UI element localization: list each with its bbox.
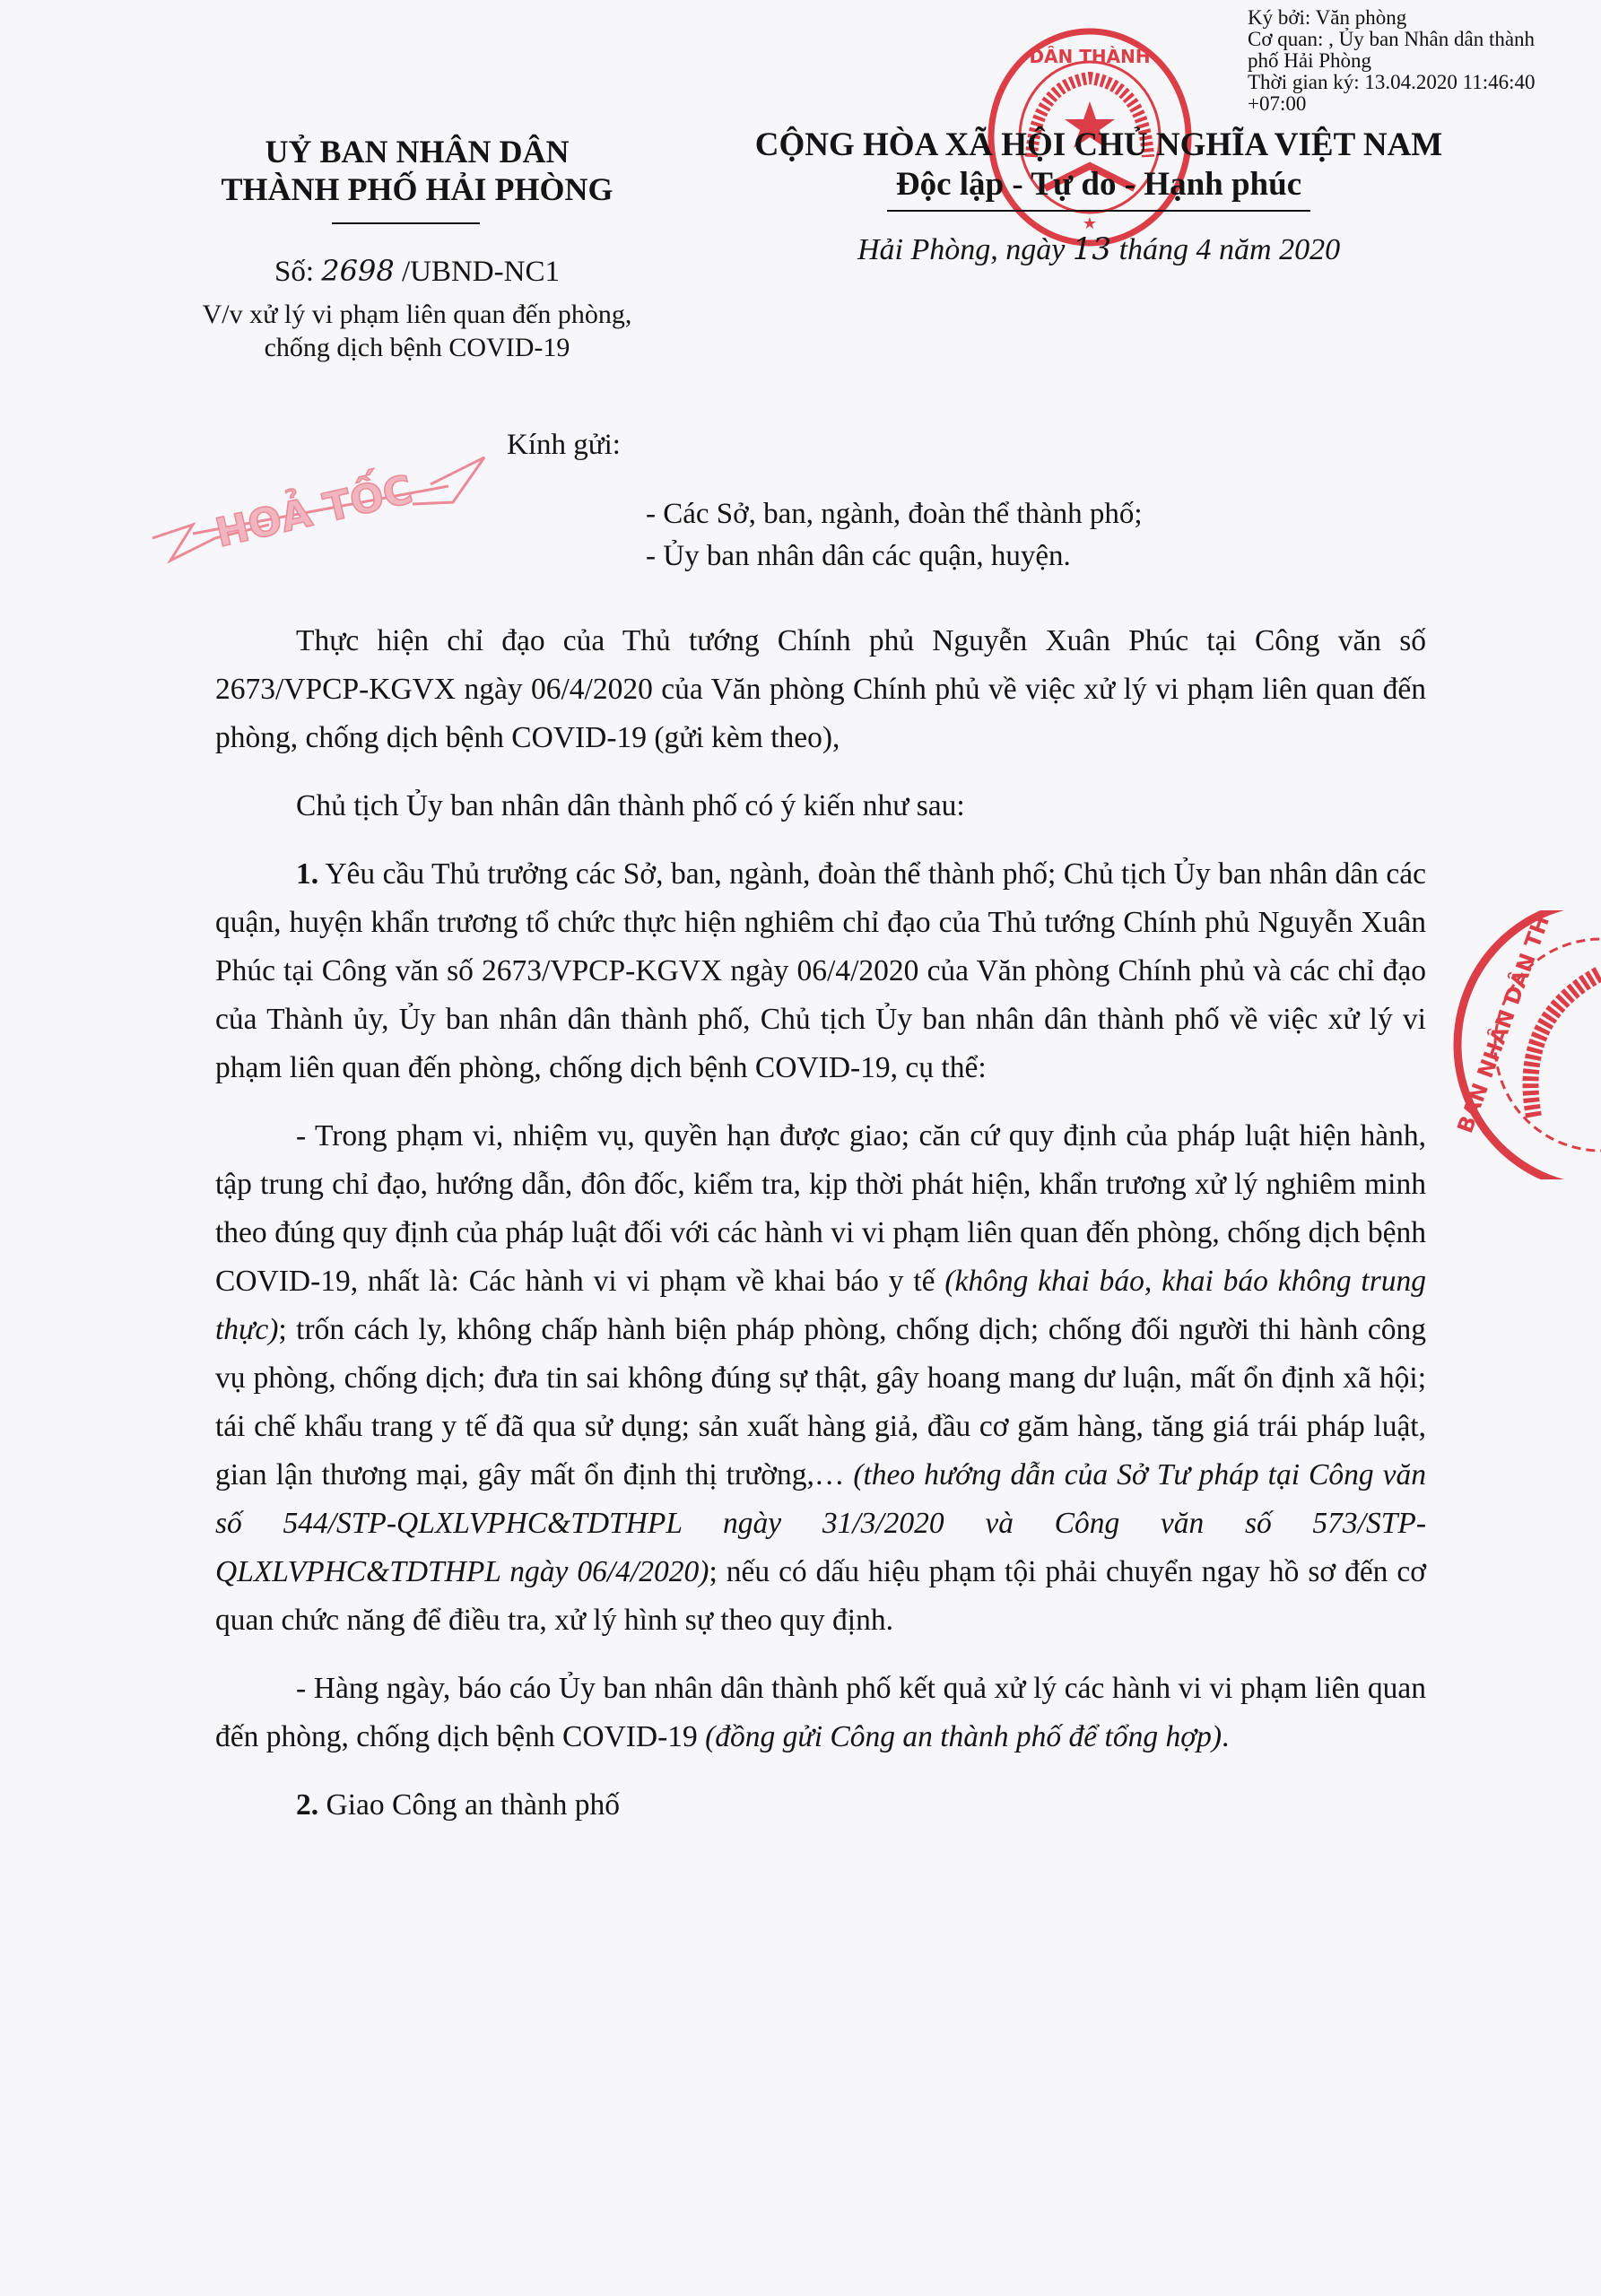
opinion-paragraph: Chủ tịch Ủy ban nhân dân thành phố có ý … [215,782,1426,831]
item-1-bullet-2: - Hàng ngày, báo cáo Ủy ban nhân dân thà… [215,1665,1426,1761]
intro-paragraph: Thực hiện chỉ đạo của Thủ tướng Chính ph… [215,617,1426,762]
document-body: Thực hiện chỉ đạo của Thủ tướng Chính ph… [215,617,1426,1830]
signing-agency: Cơ quan: , Ủy ban Nhân dân thành [1248,29,1588,50]
doc-number-suffix: /UBND-NC1 [402,256,560,288]
svg-text:HOẢ TỐC: HOẢ TỐC [210,461,417,557]
recipient-item: - Các Sở, ban, ngành, đoàn thể thành phố… [646,493,1143,535]
svg-text:DÂN THÀNH: DÂN THÀNH [1029,46,1150,67]
org-name-line2: THÀNH PHỐ HẢI PHÒNG [170,170,664,208]
digital-signature-info: Ký bởi: Văn phòng Cơ quan: , Ủy ban Nhân… [1248,7,1588,115]
nation-name: CỘNG HÒA XÃ HỘI CHỦ NGHĨA VIỆT NAM [718,126,1480,165]
doc-number-label: Số: [274,256,314,288]
document-number: Số: 2698 /UBND-NC1 [170,254,664,289]
item-2-text: Giao Công an thành phố [326,1788,621,1822]
svg-text:★: ★ [1083,214,1097,233]
item-1-text: Yêu cầu Thủ trưởng các Sở, ban, ngành, đ… [215,857,1426,1084]
bullet-2-italic: (đồng gửi Công an thành phố để tổng hợp) [705,1720,1222,1753]
subject-line2: chống dịch bệnh COVID-19 [148,331,686,364]
item-2-paragraph: 2. Giao Công an thành phố [215,1781,1426,1830]
recipients-list: - Các Sở, ban, ngành, đoàn thể thành phố… [646,493,1143,578]
recipient-item: - Ủy ban nhân dân các quận, huyện. [646,535,1143,578]
bullet-2-text-b: . [1222,1720,1229,1753]
org-divider [332,222,480,224]
official-seal-stamp-side: BAN NHÂN DÂN TH [1435,910,1601,1179]
signing-time: Thời gian ký: 13.04.2020 11:46:40 [1248,72,1588,93]
signed-by: Ký bởi: Văn phòng [1248,7,1588,29]
org-name-line1: UỶ BAN NHÂN DÂN [170,133,664,170]
item-1-bullet-1: - Trong phạm vi, nhiệm vụ, quyền hạn đượ… [215,1112,1426,1645]
item-2-number: 2. [296,1788,318,1822]
item-1-number: 1. [296,857,318,891]
doc-number-value: 2698 [321,254,394,288]
item-1-paragraph: 1. Yêu cầu Thủ trưởng các Sở, ban, ngành… [215,850,1426,1092]
national-motto: Độc lập - Tự do - Hạnh phúc [887,165,1310,212]
date-prefix: Hải Phòng, ngày [857,233,1065,266]
subject-line1: V/v xử lý vi phạm liên quan đến phòng, [148,298,686,331]
place-date-line: Hải Phòng, ngày 13 tháng 4 năm 2020 [718,231,1480,267]
date-day: 13 [1073,231,1111,267]
national-title: CỘNG HÒA XÃ HỘI CHỦ NGHĨA VIỆT NAM Độc l… [718,126,1480,212]
urgent-stamp: HOẢ TỐC [144,448,502,565]
signing-timezone: +07:00 [1248,93,1588,115]
date-suffix: tháng 4 năm 2020 [1119,233,1341,266]
signing-agency-cont: phố Hải Phòng [1248,50,1588,72]
recipients-label: Kính gửi: [507,429,621,462]
document-subject: V/v xử lý vi phạm liên quan đến phòng, c… [148,298,686,364]
issuing-organization: UỶ BAN NHÂN DÂN THÀNH PHỐ HẢI PHÒNG [170,133,664,208]
